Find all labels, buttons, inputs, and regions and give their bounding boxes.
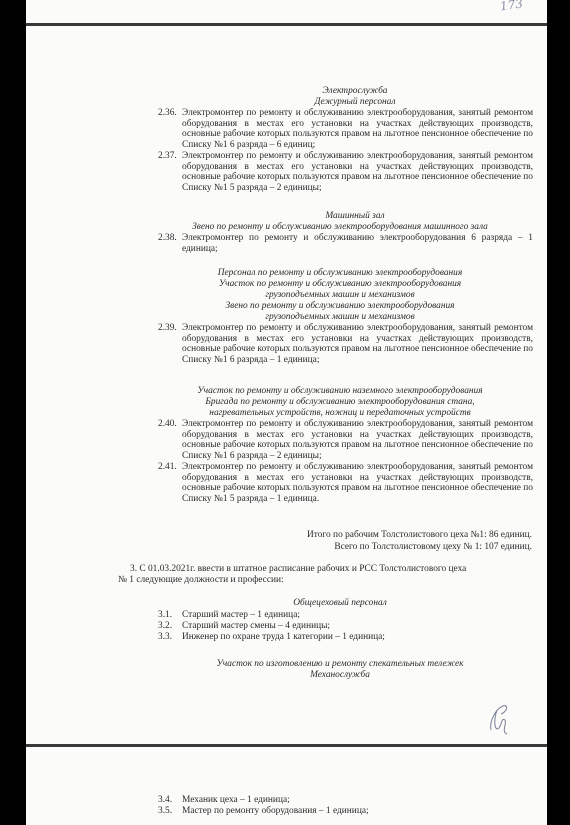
paragraph-3-line1: 3. С 01.03.2021г. ввести в штатное распи…	[130, 564, 532, 575]
section-title-electroservice: Электрослужба	[140, 86, 570, 97]
paragraph-3-line2: № 1 следующие должности и профессии:	[118, 575, 284, 586]
section-heading: нагревательных устройств, ножниц и перед…	[140, 408, 540, 419]
section-heading: Участок по изготовлению и ремонту спекат…	[140, 659, 540, 670]
section-title-general-staff: Общецеховый персонал	[140, 598, 540, 609]
item-text: Электромонтер по ремонту и обслуживанию …	[182, 108, 533, 150]
list-item: 3.3.Инженер по охране труда 1 категории …	[158, 632, 385, 643]
section-heading: Персонал по ремонту и обслуживанию элект…	[140, 268, 540, 279]
item-text: Электромонтер по ремонту и обслуживанию …	[182, 462, 533, 504]
item-text: Старший мастер смены – 4 единицы;	[182, 621, 330, 631]
item-number: 3.2.	[158, 621, 182, 632]
list-item: 2.38. Электромонтер по ремонту и обслужи…	[158, 233, 533, 254]
section-heading: грузоподъемных машин и механизмов	[140, 290, 540, 301]
item-text: Электромонтер по ремонту и обслуживанию …	[182, 419, 533, 461]
section-heading: Бригада по ремонту и обслуживанию электр…	[140, 397, 540, 408]
section-heading: Звено по ремонту и обслуживанию электроо…	[140, 301, 540, 312]
list-item: 2.41. Электромонтер по ремонту и обслужи…	[158, 462, 533, 504]
section-heading: Участок по ремонту и обслуживанию наземн…	[140, 386, 540, 397]
total-all: Всего по Толстолистовому цеху № 1: 107 е…	[334, 542, 532, 553]
section-subtitle-duty-staff: Дежурный персонал	[140, 97, 570, 108]
list-item: 2.36. Электромонтер по ремонту и обслужи…	[158, 108, 533, 150]
item-number: 2.36.	[158, 108, 177, 119]
item-text: Мастер по ремонту оборудования – 1 едини…	[182, 806, 369, 816]
item-number: 2.40.	[158, 419, 177, 430]
list-item: 3.1.Старший мастер – 1 единица;	[158, 610, 300, 621]
item-text: Электромонтер по ремонту и обслуживанию …	[182, 233, 533, 254]
item-text: Электромонтер по ремонту и обслуживанию …	[182, 323, 533, 365]
list-item: 3.2.Старший мастер смены – 4 единицы;	[158, 621, 330, 632]
item-number: 2.38.	[158, 233, 177, 244]
list-item: 2.37. Электромонтер по ремонту и обслужи…	[158, 151, 533, 193]
list-item: 2.39. Электромонтер по ремонту и обслужи…	[158, 323, 533, 365]
item-number: 2.37.	[158, 151, 177, 162]
list-item: 2.40. Электромонтер по ремонту и обслужи…	[158, 419, 533, 461]
section-heading: Участок по ремонту и обслуживанию электр…	[140, 279, 540, 290]
item-number: 3.5.	[158, 806, 182, 817]
item-number: 3.3.	[158, 632, 182, 643]
item-number: 3.1.	[158, 610, 182, 621]
item-number: 3.4.	[158, 795, 182, 806]
section-title-machine-hall: Машинный зал	[140, 211, 570, 222]
item-text: Старший мастер – 1 единица;	[182, 610, 300, 620]
total-workers: Итого по рабочим Толстолистового цеха №1…	[307, 530, 532, 541]
section-heading: Механослужба	[140, 670, 540, 681]
page-separator-top	[26, 23, 547, 26]
signature-icon	[483, 700, 517, 740]
list-item: 3.5.Мастер по ремонту оборудования – 1 е…	[158, 806, 369, 817]
section-subtitle-machine-hall-unit: Звено по ремонту и обслуживанию электроо…	[140, 222, 540, 233]
section-heading: грузоподъемных машин и механизмов	[140, 312, 540, 323]
list-item: 3.4.Механик цеха – 1 единица;	[158, 795, 290, 806]
item-number: 2.41.	[158, 462, 177, 473]
item-text: Электромонтер по ремонту и обслуживанию …	[182, 151, 533, 193]
item-number: 2.39.	[158, 323, 177, 334]
item-text: Инженер по охране труда 1 категории – 1 …	[182, 632, 385, 642]
page-separator-bottom	[26, 744, 547, 747]
item-text: Механик цеха – 1 единица;	[182, 795, 290, 805]
